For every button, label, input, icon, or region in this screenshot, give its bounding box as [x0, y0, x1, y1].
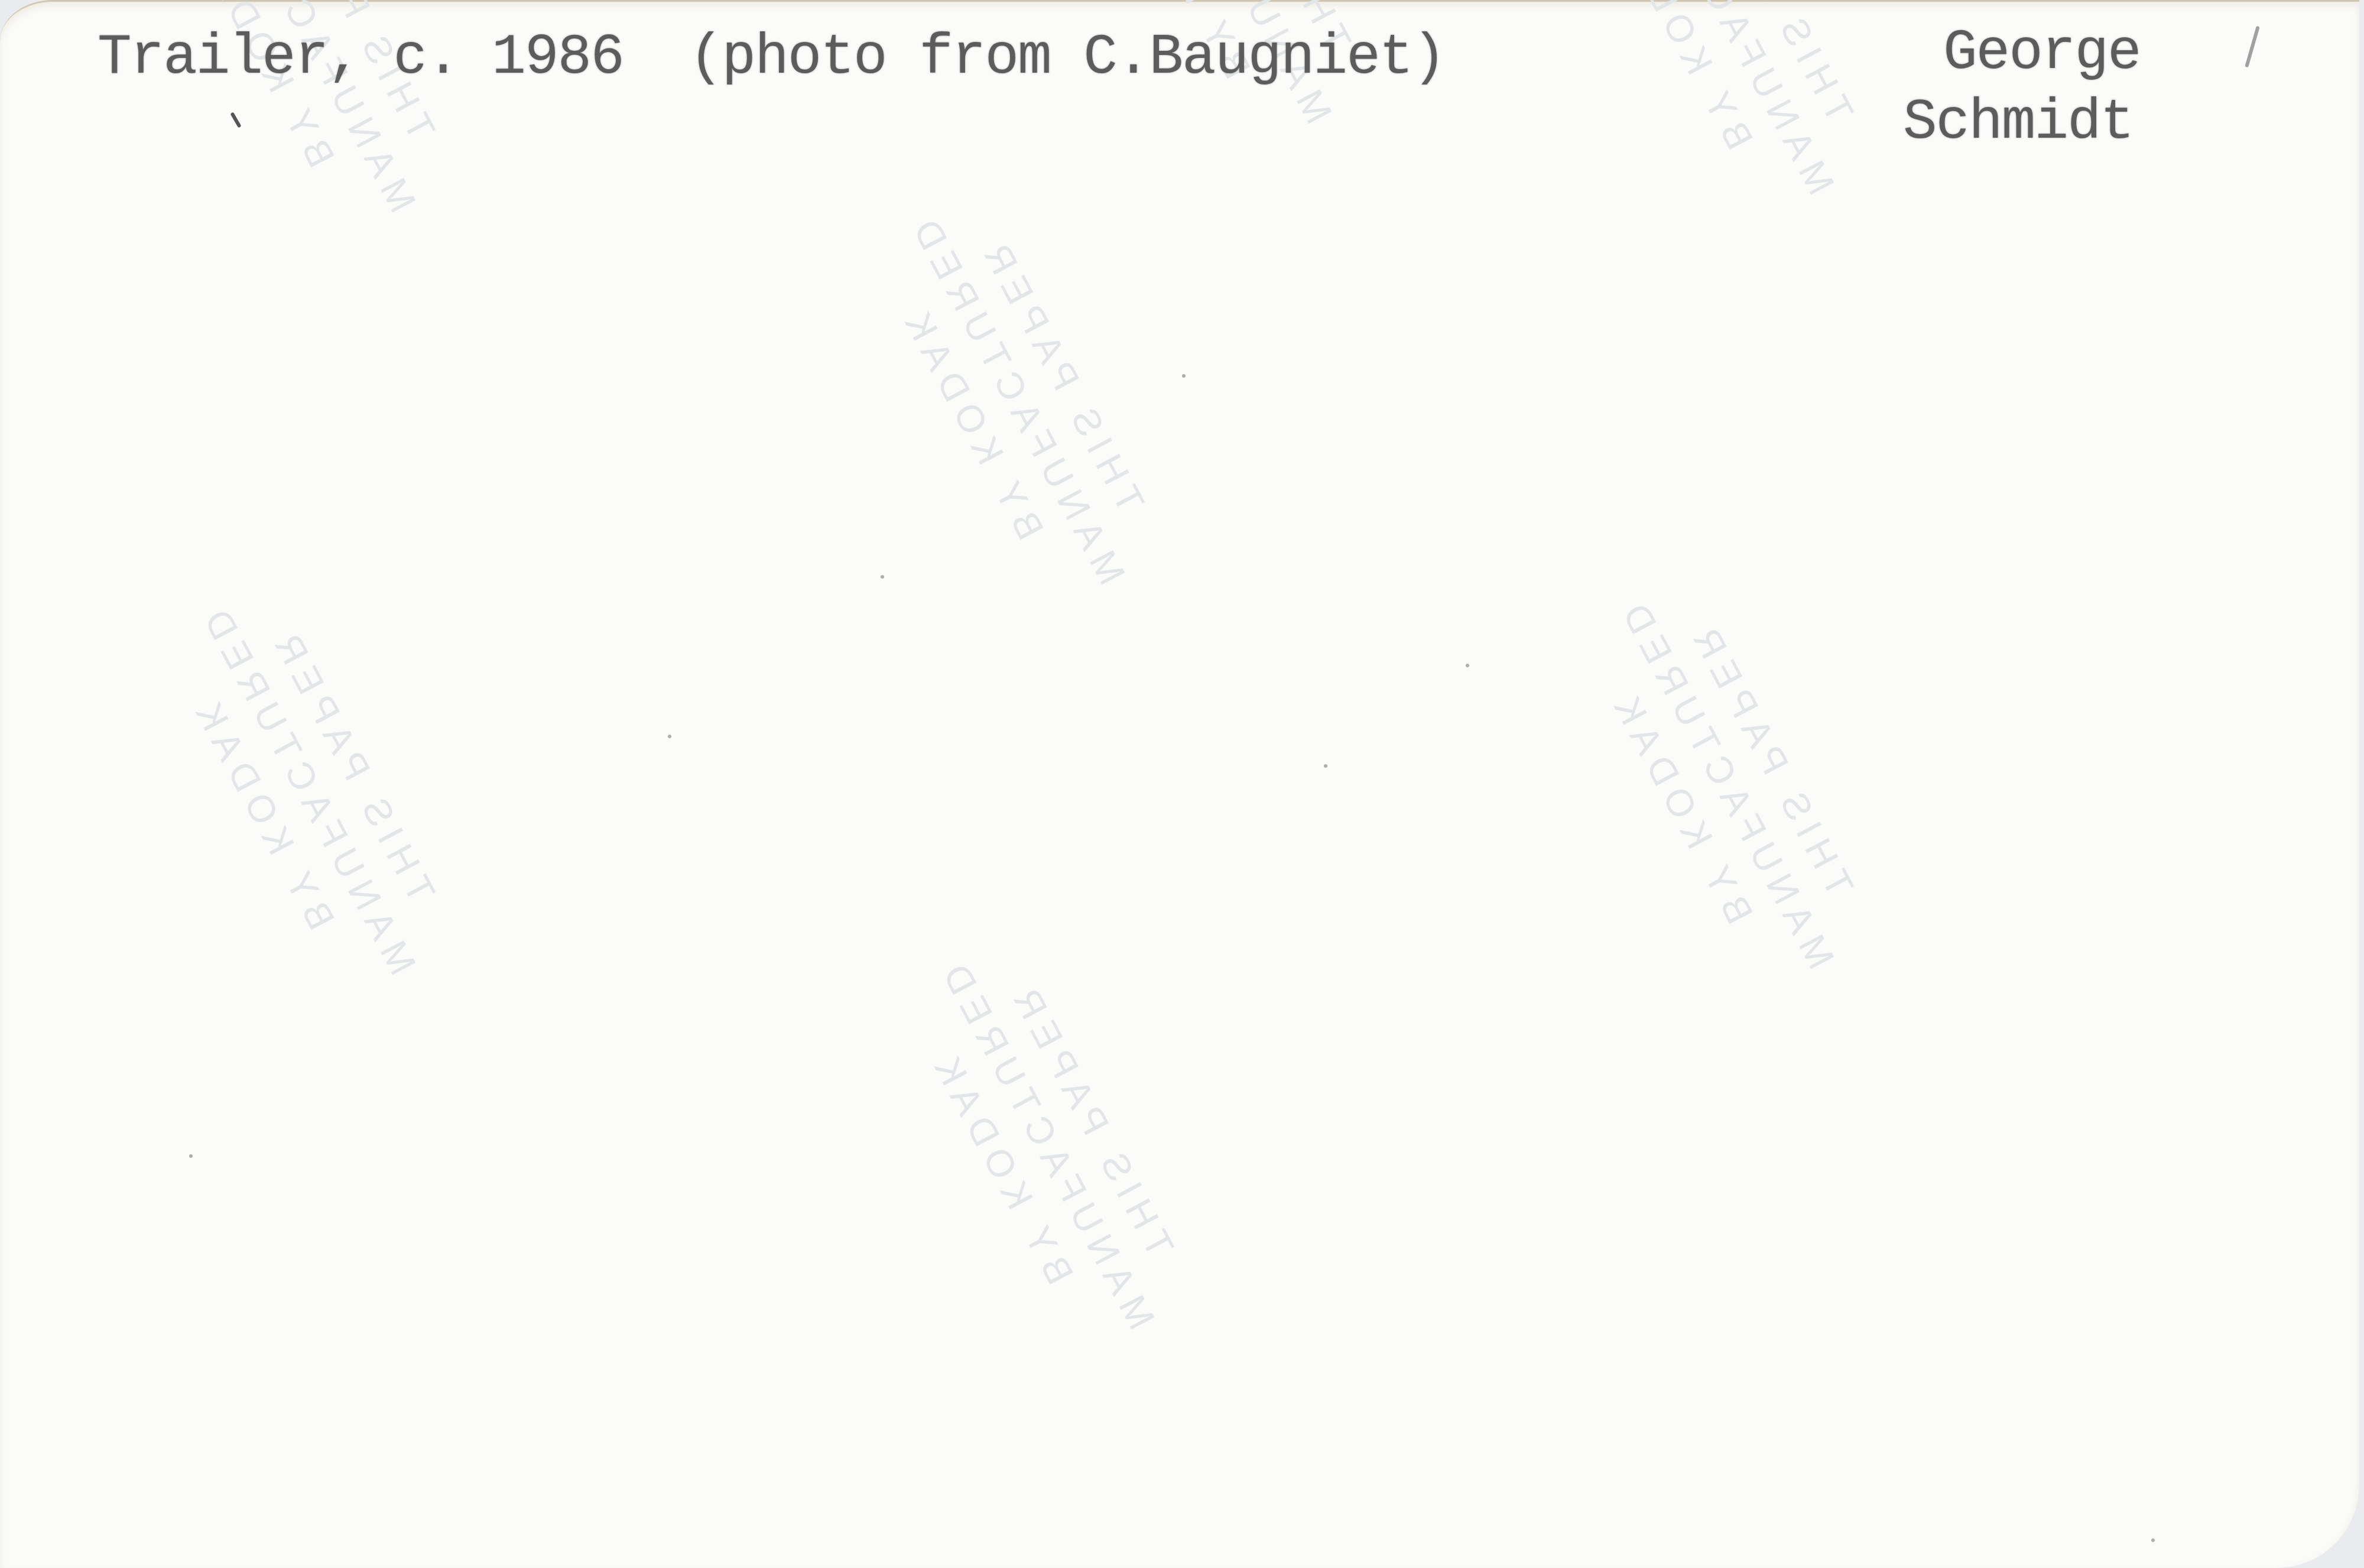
kodak-watermark: THIS PAPERMANUFACTUREDBY KODAK: [853, 180, 1182, 617]
kodak-watermark: THIS PAPERMANUFACTUREDBY KODAK: [882, 924, 1212, 1362]
photo-back-card: THIS PAPERMANUFACTUREDBY KODAK THIS PAPE…: [0, 0, 2359, 1568]
typed-caption: Trailer, c. 1986 (photo from C.Baugniet): [98, 25, 1445, 90]
paper-speck: [668, 735, 671, 738]
kodak-watermark: THIS PAPERMANUFACTUREDBY KODAK: [144, 570, 473, 1007]
paper-speck: [1182, 374, 1186, 378]
paper-speck: [2151, 1538, 2155, 1542]
kodak-watermark: THIS PAPERMANUFACTUREDBY KODAK: [1562, 0, 1891, 227]
paper-speck: [189, 1154, 193, 1158]
paper-speck: [1324, 764, 1327, 768]
kodak-watermark: THIS PAPERMANUFACTUREDBY KODAK: [1562, 564, 1891, 1001]
ink-tick-mark: [230, 112, 241, 128]
paper-speck: [881, 575, 884, 579]
author-first-name: George: [1943, 21, 2141, 85]
pencil-slash-mark: [2245, 26, 2260, 68]
author-last-name: Schmidt: [1903, 90, 2133, 155]
paper-speck: [1466, 664, 1469, 667]
